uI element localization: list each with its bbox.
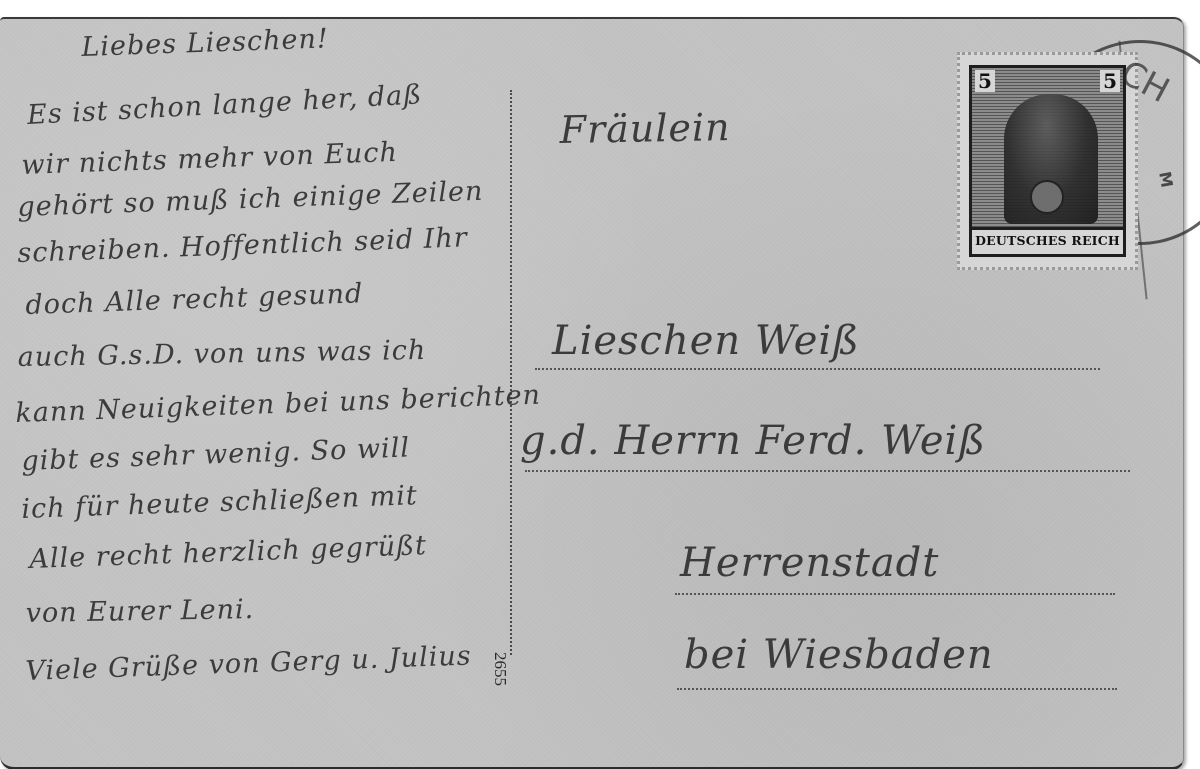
address-salutation: Fräulein bbox=[559, 105, 731, 152]
serial-number: 2655 bbox=[490, 652, 510, 686]
message-line-12: von Eurer Leni. bbox=[25, 594, 254, 629]
address-dotted-line-1 bbox=[535, 368, 1100, 370]
address-dotted-line-2 bbox=[525, 470, 1130, 472]
stamp-value-left: 5 bbox=[975, 70, 995, 92]
shield-icon bbox=[1030, 180, 1064, 214]
card-divider bbox=[510, 90, 512, 655]
address-line-2: g.d. Herrn Ferd. Weiß bbox=[520, 418, 986, 464]
postmark-mark: M bbox=[1155, 170, 1176, 189]
address-dotted-line-3 bbox=[675, 593, 1115, 595]
address-line-1: Lieschen Weiß bbox=[552, 318, 860, 364]
address-line-3: Herrenstadt bbox=[680, 540, 939, 586]
stamp-country: DEUTSCHES REICH bbox=[972, 227, 1123, 254]
address-dotted-line-4 bbox=[677, 688, 1117, 690]
stamp-frame: 5 5 DEUTSCHES REICH bbox=[969, 65, 1126, 257]
address-line-4: bei Wiesbaden bbox=[684, 632, 994, 678]
postage-stamp: 5 5 DEUTSCHES REICH bbox=[957, 52, 1138, 270]
